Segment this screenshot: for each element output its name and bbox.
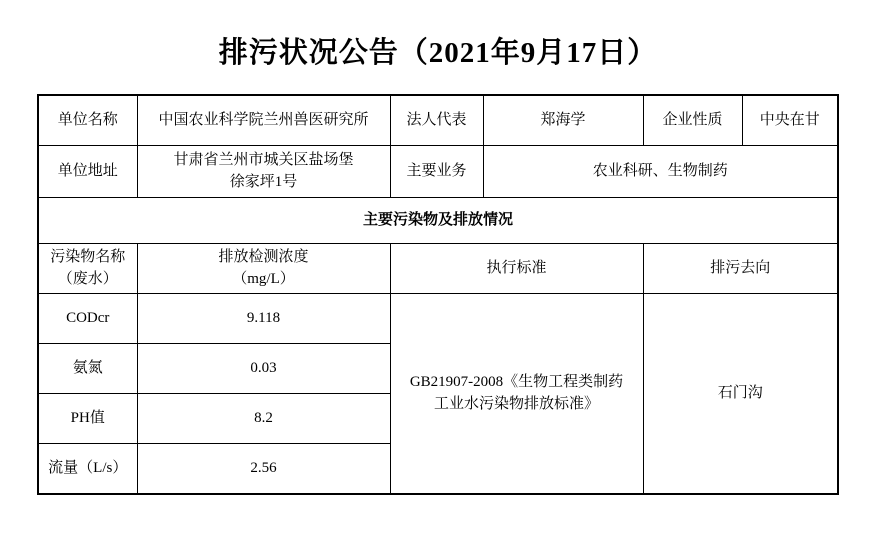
standard-column-header: 执行标准	[390, 244, 643, 294]
announcement-page: 排污状况公告（2021年9月17日） 单位名称 中国农业科学院兰州兽医研究所 法…	[0, 0, 876, 533]
enterprise-nature-label: 企业性质	[643, 95, 742, 146]
unit-address-label: 单位地址	[38, 146, 137, 198]
pollutant-name: CODcr	[38, 294, 137, 344]
concentration-column-header: 排放检测浓度 （mg/L）	[137, 244, 390, 294]
concentration-value: 0.03	[137, 344, 390, 394]
unit-address-value: 甘肃省兰州市城关区盐场堡 徐家坪1号	[137, 146, 390, 198]
page-title: 排污状况公告（2021年9月17日）	[0, 0, 876, 94]
main-business-value: 农业科研、生物制药	[483, 146, 838, 198]
legal-rep-label: 法人代表	[390, 95, 483, 146]
pollutant-name-column-header: 污染物名称 （废水）	[38, 244, 137, 294]
table-row-unit-name: 单位名称 中国农业科学院兰州兽医研究所 法人代表 郑海学 企业性质 中央在甘	[38, 95, 838, 146]
announcement-table: 单位名称 中国农业科学院兰州兽医研究所 法人代表 郑海学 企业性质 中央在甘 单…	[37, 94, 839, 495]
destination-value: 石门沟	[643, 294, 838, 494]
concentration-value: 2.56	[137, 444, 390, 494]
standard-value: GB21907-2008《生物工程类制药 工业水污染物排放标准》	[390, 294, 643, 494]
unit-name-value: 中国农业科学院兰州兽医研究所	[137, 95, 390, 146]
destination-column-header: 排污去向	[643, 244, 838, 294]
pollutant-name: 流量（L/s）	[38, 444, 137, 494]
table-row-unit-address: 单位地址 甘肃省兰州市城关区盐场堡 徐家坪1号 主要业务 农业科研、生物制药	[38, 146, 838, 198]
pollutant-name: PH值	[38, 394, 137, 444]
table-row-section-header: 主要污染物及排放情况	[38, 198, 838, 244]
pollution-section-header: 主要污染物及排放情况	[38, 198, 838, 244]
main-business-label: 主要业务	[390, 146, 483, 198]
unit-name-label: 单位名称	[38, 95, 137, 146]
concentration-value: 8.2	[137, 394, 390, 444]
table-row-codcr: CODcr 9.118 GB21907-2008《生物工程类制药 工业水污染物排…	[38, 294, 838, 344]
enterprise-nature-value: 中央在甘	[742, 95, 838, 146]
legal-rep-value: 郑海学	[483, 95, 643, 146]
concentration-value: 9.118	[137, 294, 390, 344]
table-row-column-headers: 污染物名称 （废水） 排放检测浓度 （mg/L） 执行标准 排污去向	[38, 244, 838, 294]
pollutant-name: 氨氮	[38, 344, 137, 394]
